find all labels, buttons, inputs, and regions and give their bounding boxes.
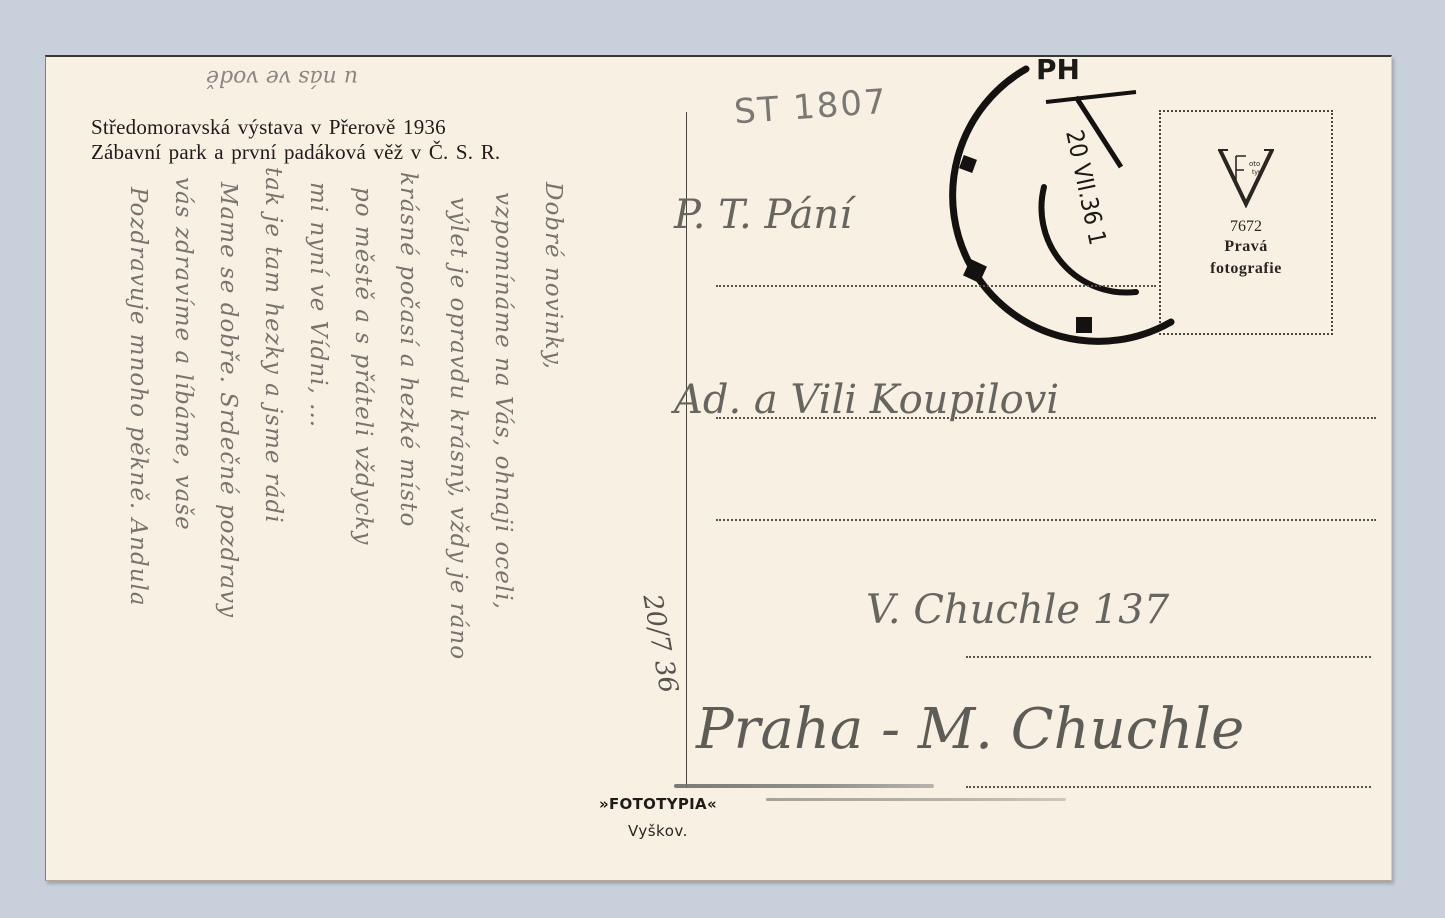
message-line: Dobré novinky,	[540, 182, 566, 370]
caption-line-2: Zábavní park a první padáková věž v Č. S…	[91, 140, 500, 165]
message-line: krásné počasí a hezké místo	[395, 172, 421, 527]
message-line: tak je tam hezky a jsme rádi	[260, 167, 286, 524]
address-line-4	[966, 656, 1371, 658]
message-line: po městě a s přáteli vždycky	[350, 187, 376, 545]
message-line: Mame se dobře. Srdečné pozdravy	[215, 182, 241, 618]
upside-down-note: u nás ve vodě	[206, 65, 358, 90]
message-line: Pozdravuje mnoho pěkně. Andula	[125, 187, 151, 607]
pencil-underline	[674, 784, 934, 788]
message-line: výlet je opravdu krásný, vždy je ráno	[445, 197, 471, 660]
reference-note: ST 1807	[733, 82, 889, 133]
caption-line-1: Středomoravská výstava v Přerově 1936	[91, 115, 500, 140]
address-street: V. Chuchle 137	[866, 587, 1169, 633]
message-date: 20/7 36	[636, 592, 683, 695]
message-line: vás zdravíme a líbáme, vaše	[170, 177, 196, 531]
address-line-3	[716, 519, 1376, 521]
postmark-office: PH	[1036, 57, 1080, 86]
publisher-city: Vyškov.	[628, 822, 688, 840]
postcard-back: u nás ve vodě Středomoravská výstava v P…	[45, 55, 1392, 881]
address-salutation: P. T. Pání	[674, 192, 852, 238]
postmark-date: 20 VII.36 1	[1060, 127, 1112, 247]
publisher-imprint: »FOTOTYPIA«	[599, 795, 717, 813]
pencil-underline	[766, 798, 1066, 801]
message-line: vzpomínáme na Vás, ohnaji oceli,	[490, 192, 516, 610]
address-city: Praha - M. Chuchle	[696, 697, 1244, 762]
message-line: mi nyní ve Vídni, ...	[305, 182, 331, 428]
address-name: Ad. a Vili Koupilovi	[674, 377, 1059, 423]
address-line-5	[966, 786, 1371, 788]
address-line-1	[716, 285, 1156, 287]
postmark-icon: PH 20 VII.36 1	[926, 57, 1256, 357]
printed-caption: Středomoravská výstava v Přerově 1936 Zá…	[91, 115, 500, 165]
